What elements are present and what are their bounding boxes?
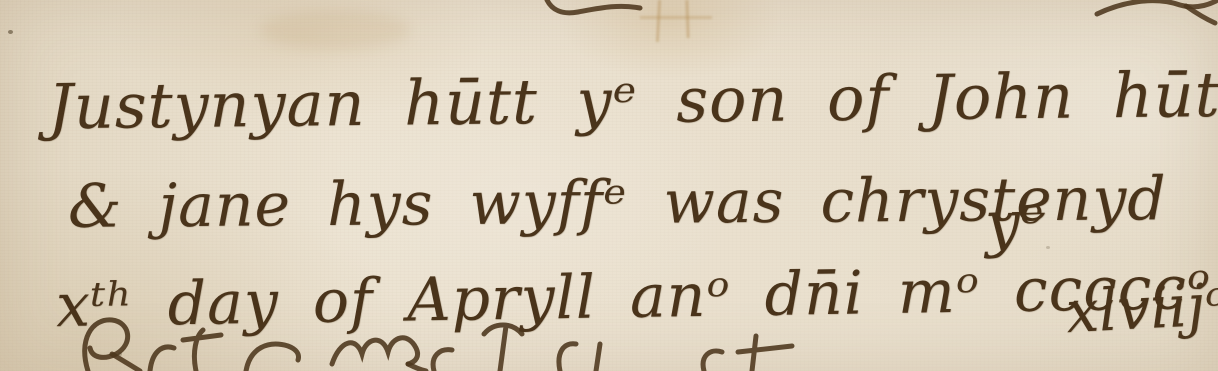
- baptism-entry-line-3: xᵗʰ day of Apryll anᵒ dn̄i mᵒ cccccᵒ: [56, 253, 1212, 341]
- ink-speck: [118, 352, 122, 356]
- ink-speck: [8, 30, 13, 34]
- ink-bleedthrough-mark: [260, 10, 410, 50]
- ink-bleedthrough-mark: [640, 16, 712, 19]
- ink-speck: [1046, 246, 1050, 249]
- baptism-entry-line-2-the: yᵉ: [984, 185, 1046, 260]
- ink-bleedthrough-mark: [656, 0, 661, 42]
- baptism-entry-line-3-year: xlviijᵒ: [1064, 270, 1218, 346]
- ink-bleedthrough-mark: [685, 0, 689, 38]
- baptism-entry-line-1: Justynyan hūtt yᵉ son of John hūtt: [48, 58, 1218, 144]
- manuscript-page: Justynyan hūtt yᵉ son of John hūtt & jan…: [0, 0, 1218, 371]
